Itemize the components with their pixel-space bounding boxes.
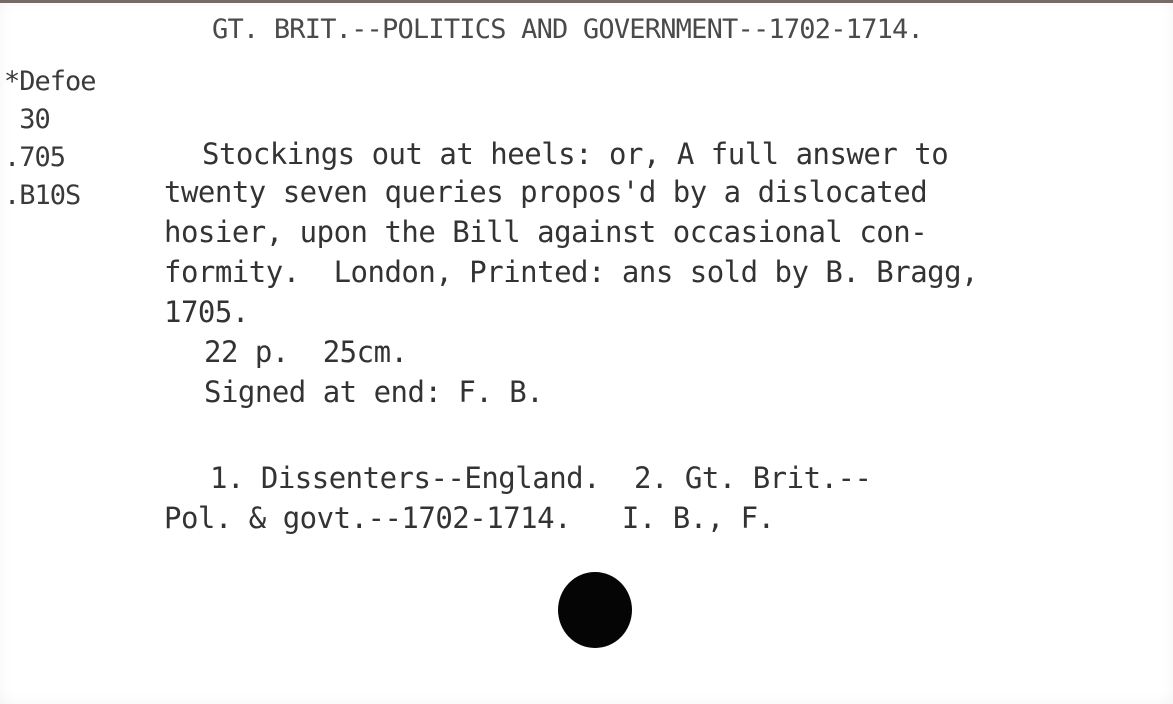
call-number-line-1: *Defoe xyxy=(4,64,96,100)
call-number-line-4: .B10S xyxy=(4,178,80,214)
title-line-2: twenty seven queries propos'd by a dislo… xyxy=(164,174,927,210)
title-line-4: formity. London, Printed: ans sold by B.… xyxy=(164,254,978,290)
title-line-3: hosier, upon the Bill against occasional… xyxy=(164,214,927,250)
call-number-line-3: .705 xyxy=(4,140,65,176)
tracings-line-2: Pol. & govt.--1702-1714. I. B., F. xyxy=(164,500,775,536)
note: Signed at end: F. B. xyxy=(204,374,543,410)
tracings-line-1: 1. Dissenters--England. 2. Gt. Brit.-- xyxy=(210,460,871,496)
catalog-card: GT. BRIT.--POLITICS AND GOVERNMENT--1702… xyxy=(0,0,1173,704)
title-line-1: Stockings out at heels: or, A full answe… xyxy=(202,136,948,172)
collation: 22 p. 25cm. xyxy=(204,334,408,370)
title-line-5: 1705. xyxy=(164,294,249,330)
call-number-line-2: 30 xyxy=(4,102,50,138)
punch-hole xyxy=(558,572,632,648)
subject-heading: GT. BRIT.--POLITICS AND GOVERNMENT--1702… xyxy=(212,12,923,48)
